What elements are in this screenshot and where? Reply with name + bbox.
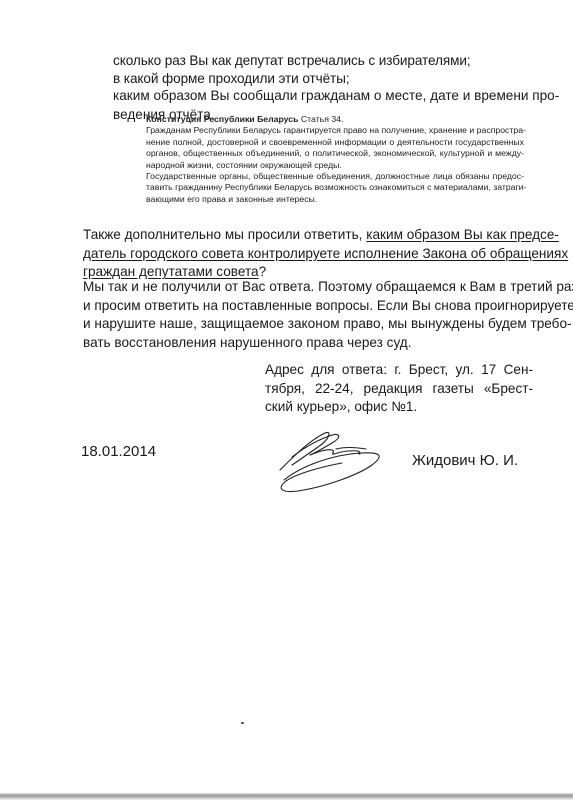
address-line: ский курьер», офис №1. [265,398,533,417]
quote-article: Статья 34. [298,114,343,124]
question-line-3: каким образом Вы сообщали гражданам о ме… [113,87,533,106]
quote-line: Гражданам Республики Беларусь гарантируе… [146,125,524,136]
scan-speck [241,722,244,724]
quote-line: народной жизни, состоянии окружающей сре… [146,160,524,171]
additional-line-3-plain: ? [259,264,267,279]
paragraph-additional: Также дополнительно мы просили ответить,… [83,226,533,282]
paragraph-demand: Мы так и не получили от Вас ответа. Поэт… [83,278,533,352]
quote-line: вающими его права и законные интересы. [146,194,524,205]
scan-bottom-edge [0,793,573,800]
demand-line: и просим ответить на поставленные вопрос… [83,297,533,316]
address-line: тября, 22-24, редакция газеты «Брест- [265,380,533,399]
additional-line-3-underlined: граждан депутатами совета [83,264,259,279]
constitution-quote: Конституция Республики Беларусь Статья 3… [146,114,524,205]
quote-line: Государственные органы, общественные объ… [146,171,524,182]
document-page: сколько раз Вы как депутат встречались с… [0,0,573,800]
question-line-1: сколько раз Вы как депутат встречались с… [113,52,471,70]
quote-title: Конституция Республики Беларусь [146,114,298,124]
demand-line: Мы так и не получили от Вас ответа. Поэт… [83,278,533,297]
quote-line: нение полной, достоверной и своевременно… [146,137,524,148]
question-line-2: в какой форме проходили эти отчёты; [113,70,350,88]
reply-address: Адрес для ответа: г. Брест, ул. 17 Сен- … [265,361,533,417]
additional-line-1-plain: Также дополнительно мы просили ответить, [83,227,366,242]
signer-name: Жидович Ю. И. [412,452,518,469]
handwritten-signature-icon [270,425,405,500]
document-date: 18.01.2014 [81,443,156,460]
quote-line: органов, общественных объединений, о пол… [146,148,524,159]
additional-line-1-underlined: каким образом Вы как предсе- [366,227,559,242]
additional-line-2-underlined: датель городского совета контролируете и… [83,245,533,264]
demand-line: и нарушите наше, защищаемое законом прав… [83,315,533,334]
address-line: Адрес для ответа: г. Брест, ул. 17 Сен- [265,361,533,380]
demand-line: вать восстановления нарушенного права че… [83,334,533,353]
quote-line: тавить гражданину Республики Беларусь во… [146,182,524,193]
